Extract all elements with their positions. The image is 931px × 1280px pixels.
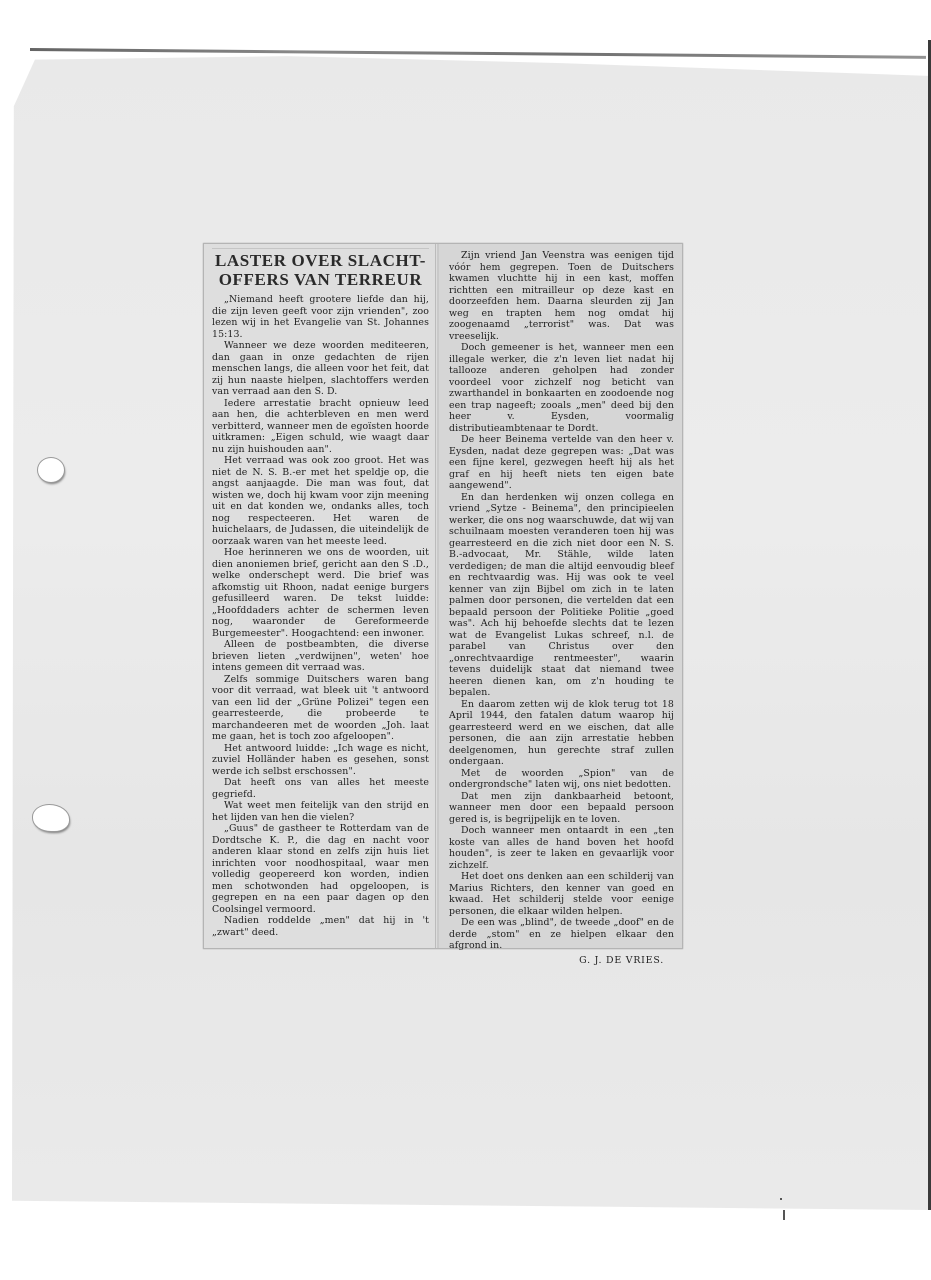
article-paragraph: Iedere arrestatie bracht opnieuw leed aa… (212, 398, 429, 456)
article-paragraph: Wanneer we deze woorden mediteeren, dan … (212, 340, 429, 398)
punch-hole-bottom (33, 805, 69, 831)
article-paragraph: Het doet ons denken aan een schilderij v… (449, 871, 674, 917)
article-paragraph: De heer Beinema vertelde van den heer v.… (449, 434, 674, 492)
headline-line-1: LASTER OVER SLACHT- (215, 251, 426, 270)
article-paragraph: Hoe herinneren we ons de woorden, uit di… (212, 547, 429, 639)
article-paragraph: Alleen de postbeambten, die diverse brie… (212, 639, 429, 674)
article-paragraph: Nadien roddelde „men" dat hij in 't „zwa… (212, 915, 429, 938)
article-column-right: Zijn vriend Jan Veenstra was eenigen tij… (437, 244, 682, 948)
article-paragraph: Dat men zijn dankbaarheid betoont, wanne… (449, 791, 674, 826)
article-paragraph: En daarom zetten wij de klok terug tot 1… (449, 699, 674, 768)
punch-hole-top (38, 458, 64, 482)
article-paragraph: Doch gemeener is het, wanneer men een il… (449, 342, 674, 434)
article-column-left: LASTER OVER SLACHT- OFFERS VAN TERREUR „… (204, 244, 436, 948)
article-paragraph: Het antwoord luidde: „Ich wage es nicht,… (212, 743, 429, 778)
newspaper-clipping: LASTER OVER SLACHT- OFFERS VAN TERREUR „… (203, 243, 683, 949)
headline-line-2: OFFERS VAN TERREUR (219, 270, 423, 289)
article-paragraph: Het verraad was ook zoo groot. Het was n… (212, 455, 429, 547)
article-byline: G. J. DE VRIES. (449, 955, 674, 967)
left-paragraphs: „Niemand heeft grootere liefde dan hij, … (212, 294, 429, 938)
article-paragraph: En dan herdenken wij onzen collega en vr… (449, 492, 674, 699)
article-paragraph: Zelfs sommige Duitschers waren bang voor… (212, 674, 429, 743)
paper-top-edge (30, 48, 926, 59)
article-paragraph: Zijn vriend Jan Veenstra was eenigen tij… (449, 250, 674, 342)
article-paragraph: Doch wanneer men ontaardt in een „ten ko… (449, 825, 674, 871)
article-paragraph: „Guus" de gastheer te Rotterdam van de D… (212, 823, 429, 915)
article-headline: LASTER OVER SLACHT- OFFERS VAN TERREUR (212, 248, 429, 289)
article-paragraph: De een was „blind", de tweede „doof" en … (449, 917, 674, 952)
scan-speck (783, 1210, 785, 1220)
scan-speck (780, 1198, 782, 1200)
article-paragraph: Met de woorden „Spion" van de ondergrond… (449, 768, 674, 791)
article-paragraph: Dat heeft ons van alles het meeste gegri… (212, 777, 429, 800)
article-paragraph: „Niemand heeft grootere liefde dan hij, … (212, 294, 429, 340)
article-paragraph: Wat weet men feitelijk van den strijd en… (212, 800, 429, 823)
right-paragraphs: Zijn vriend Jan Veenstra was eenigen tij… (449, 250, 674, 952)
